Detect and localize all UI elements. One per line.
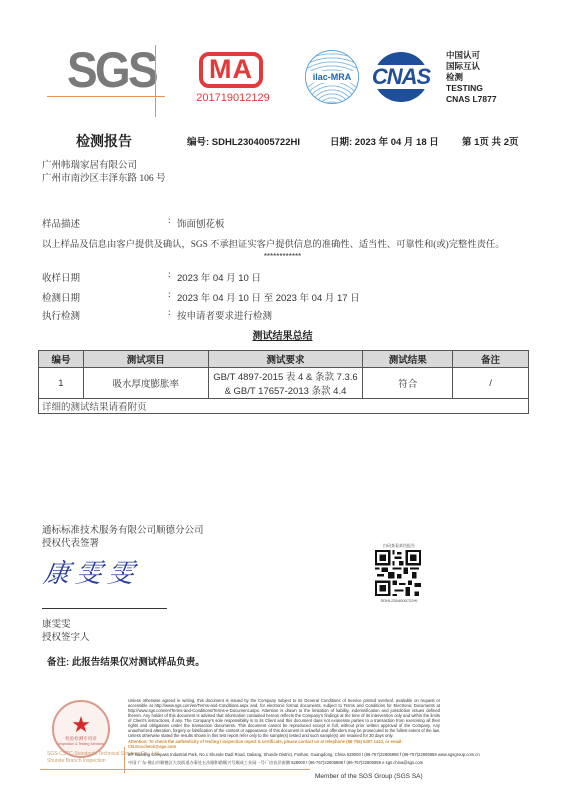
sgs-logo-text: SGS	[67, 42, 156, 98]
summary-title: 测试结果总结	[0, 327, 565, 342]
report-remark: 备注: 此报告结果仅对测试样品负责。	[47, 654, 205, 668]
signature-line	[42, 608, 167, 609]
cnas-line: 国际互认	[446, 61, 497, 72]
cnas-logo: CNAS	[368, 52, 434, 102]
signatory-role: 授权代表签署	[42, 535, 99, 549]
client-address: 广州市南沙区丰泽东路 106 号	[42, 170, 166, 184]
test-requirement: GB/T 4897-2015 表 4 & 条款 7.3.6 & GB/T 176…	[208, 368, 363, 399]
table-note-row: 详细的测试结果请看附页	[39, 399, 529, 414]
star-icon: ★	[54, 712, 108, 738]
column-header: 测试结果	[363, 351, 453, 368]
receive-date-value: 2023 年 04 月 10 日	[177, 270, 261, 284]
requirement-line: & GB/T 17657-2013 条款 4.4	[209, 383, 363, 397]
ilac-mra-logo: ilac-MRA	[305, 50, 359, 104]
footer-address-cn: 中国·广东·佛山市顺德区大良街道办事处五沙顺和路顺兴号顺成工业园一号厂房首层南侧…	[128, 760, 423, 766]
qr-code-icon[interactable]	[375, 550, 421, 596]
column-header: 编号	[39, 351, 84, 368]
table-header-row: 编号 测试项目 测试要求 测试结果 备注	[39, 351, 529, 368]
row-number: 1	[39, 368, 84, 399]
stamp-subtitle: Inspection & Testing Services	[54, 742, 108, 746]
cnas-line: TESTING	[446, 83, 497, 94]
cnas-line: 检测	[446, 72, 497, 83]
test-method-label: 执行检测	[42, 308, 80, 322]
test-result: 符合	[363, 368, 453, 399]
test-date-value: 2023 年 04 月 10 日 至 2023 年 04 月 17 日	[177, 290, 360, 304]
table-row: 1 吸水厚度膨胀率 GB/T 4897-2015 表 4 & 条款 7.3.6 …	[39, 368, 529, 399]
column-header: 测试项目	[83, 351, 208, 368]
test-remark: /	[453, 368, 529, 399]
sgs-member-text: Member of the SGS Group (SGS SA)	[315, 773, 423, 780]
handwritten-signature: 康雯雯	[41, 553, 142, 590]
cma-logo: MA 201719012129	[195, 50, 275, 110]
column-header: 备注	[453, 351, 529, 368]
cnas-line: CNAS L7877	[446, 94, 497, 105]
cnas-accreditation-text: 中国认可 国际互认 检测 TESTING CNAS L7877	[446, 50, 497, 105]
sample-label: 样品描述	[42, 216, 80, 230]
cnas-line: 中国认可	[446, 50, 497, 61]
ilac-text: ilac-MRA	[306, 71, 358, 83]
report-number: 编号: SDHL2304005722HI	[187, 134, 300, 148]
disclaimer-text: 以上样品及信息由客户提供及确认，SGS 不承担证实客户提供信息的准确性、适当性、…	[42, 236, 505, 250]
table-note: 详细的测试结果请看附页	[39, 399, 529, 414]
client-name: 广州帏瑞家居有限公司	[42, 157, 137, 171]
signer-name: 康雯雯	[42, 616, 71, 630]
results-table: 编号 测试项目 测试要求 测试结果 备注 1 吸水厚度膨胀率 GB/T 4897…	[38, 350, 529, 414]
requirement-line: GB/T 4897-2015 表 4 & 条款 7.3.6	[209, 369, 363, 383]
separator-stars: ************	[0, 252, 565, 261]
test-date-colon: :	[168, 290, 171, 300]
authenticity-notice: Attention: To check the authenticity of …	[128, 739, 440, 749]
sgs-logo-rule	[47, 96, 165, 97]
signer-title: 授权签字人	[42, 629, 90, 643]
column-header: 测试要求	[208, 351, 363, 368]
cma-text: MA	[195, 54, 267, 85]
test-item: 吸水厚度膨胀率	[83, 368, 208, 399]
legal-disclaimer: Unless otherwise agreed in writing, this…	[128, 698, 440, 738]
footer-rule	[40, 769, 310, 770]
sgs-logo-vrule	[155, 45, 156, 117]
issuing-company: 通标标准技术服务有限公司顺德分公司	[42, 522, 204, 536]
cnas-text: CNAS	[368, 65, 434, 89]
receive-date-label: 收样日期	[42, 270, 80, 284]
receive-date-colon: :	[168, 270, 171, 280]
report-date: 日期: 2023 年 04 月 18 日	[330, 134, 439, 148]
test-method-colon: :	[168, 308, 171, 318]
qr-report-number: SDHL2304005722HI	[372, 598, 426, 603]
cma-number: 201719012129	[191, 92, 275, 104]
qr-caption: 扫码查看真伪报告	[372, 543, 426, 549]
test-method-value: 按申请者要求进行检测	[177, 308, 272, 322]
test-date-label: 检测日期	[42, 290, 80, 304]
sgs-logo: SGS	[67, 40, 167, 102]
footer-branch: Shunde Branch Inspection	[47, 758, 106, 764]
sample-colon: :	[168, 216, 171, 226]
report-title: 检测报告	[76, 131, 132, 151]
footer-address-en: 8/F Building Compass Industrial Park, No…	[128, 752, 480, 757]
page-indicator: 第 1页 共 2页	[462, 134, 519, 148]
official-stamp: ★ 检验检测专用章 Inspection & Testing Services	[52, 700, 110, 758]
sample-value: 饰面刨花板	[177, 216, 225, 230]
